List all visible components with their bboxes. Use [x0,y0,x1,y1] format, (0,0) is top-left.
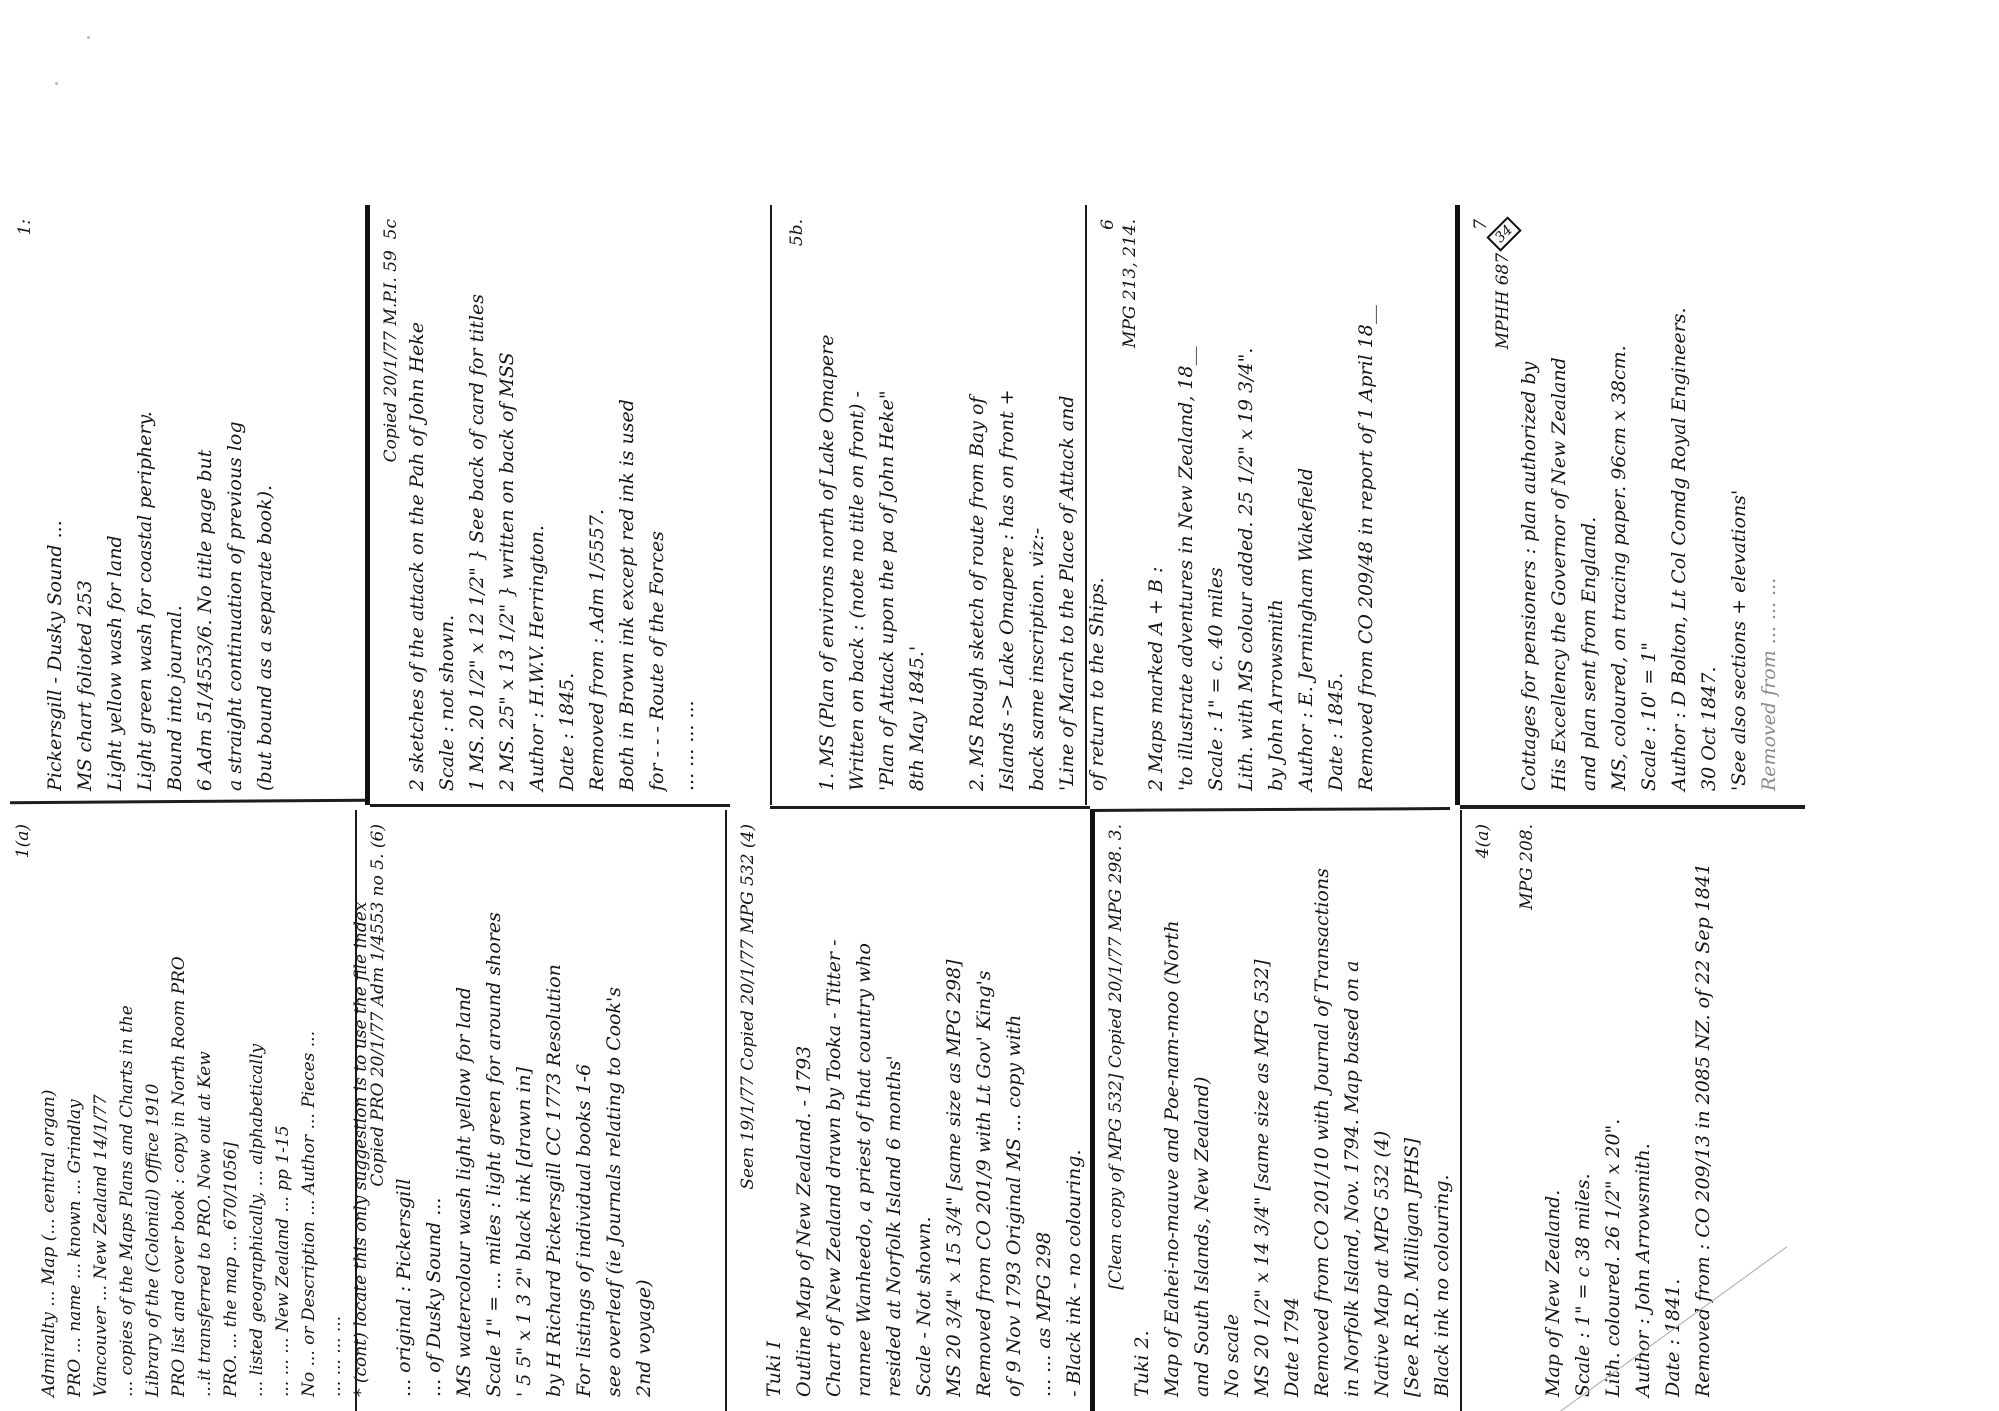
card-line: Scale : 1" = c 38 miles. [1568,824,1598,1397]
card-line: Scale : 1" = c. 40 miles [1201,219,1231,791]
card-line: Date : 1845. [1321,219,1351,791]
card-line: Date : 1841. [1658,824,1688,1397]
card-lines: Admiralty ... Map (... central organ)PRO… [36,824,374,1397]
card-line: Author : John Arrowsmith. [1628,824,1658,1397]
card-line: 8th May 1845.' [902,219,932,791]
card-line: ... ... ... ... [672,219,702,791]
card-text: Seen 19/1/77 Copied 20/1/77 MPG 532 (4) … [727,810,1092,1411]
card-line: [See R.R.D. Milligan JPHS] [1397,824,1427,1397]
card-line: Written on back : (note no title on fron… [842,219,872,791]
card-line: a straight continuation of previous log [220,219,250,791]
card-line: No scale [1217,824,1247,1397]
card-line: 2 sketches of the attack on the Pah of J… [402,219,432,791]
card-line: Author : D Bolton, Lt Col Comdg Royal En… [1664,219,1694,791]
card-lines: Cottages for pensioners : plan authorize… [1514,219,1784,791]
card-lines: 2 Maps marked A + B :'to illustrate adve… [1141,219,1381,791]
card-number: 1(a) [10,824,36,858]
card-line: Cottages for pensioners : plan authorize… [1514,219,1544,791]
card-line: back same inscription. viz:- [1022,219,1052,791]
card-line: for - - - Route of the Forces [642,219,672,791]
card-text: 1(a) Admiralty ... Map (... central orga… [0,810,355,1411]
card-line: Vancouver ... New Zealand 14/1/77 [88,824,114,1397]
card-line: Scale : not shown. [432,219,462,791]
card-lines: 1. MS (Plan of environs north of Lake Om… [812,219,1112,791]
card-line: 6 Adm 51/4553/6. No title page but [190,219,220,791]
card-line: ... ... ... ... [322,824,348,1397]
card-reference: MPG 208. [1517,824,1537,910]
card-line: and South Islands, New Zealand) [1187,824,1217,1397]
card-number: (6) [368,824,388,848]
card-line: resided at Norfolk Island 6 months' [879,824,909,1397]
card-line: 1. MS (Plan of environs north of Lake Om… [812,219,842,791]
card-line: PRO list and cover book : copy in North … [166,824,192,1397]
card-number: 5b. [782,219,812,246]
scan-speck [87,36,90,39]
card-top-5: 7MPHH 68734 Cottages for pensioners : pl… [1455,205,1800,805]
card-line: Date : 1845. [552,219,582,791]
card-line: Islands -> Lake Omapere : has on front + [992,219,1022,791]
card-line: Admiralty ... Map (... central organ) [36,824,62,1397]
card-number: 6 [1098,219,1118,230]
card-line: Map of New Zealand. [1538,824,1568,1397]
card-line: ' 5 5" x 1 3 2" black ink [drawn in] [509,824,539,1397]
card-text: Copied 20/1/77 M.P.I. 59 5c 2 sketches o… [370,205,775,805]
card-bottom-2: Copied PRO 20/1/77 Adm 1/4553 no 5. (6) … [355,810,725,1411]
card-line: 2. MS Rough sketch of route from Bay of [962,219,992,791]
card-lines: Map of New Zealand.Scale : 1" = c 38 mil… [1538,824,1718,1397]
card-line: rannee Wanheedo, a priest of that countr… [849,824,879,1397]
card-line: Library of the (Colonial) Office 1910 [140,824,166,1397]
card-text: 7MPHH 68734 Cottages for pensioners : pl… [1460,205,1805,805]
card-line: by John Arrowsmith [1261,219,1291,791]
card-line: 'See also sections + elevations' [1724,219,1754,791]
card-line: PRO ... name ... known ... Grindlay [62,824,88,1397]
card-bottom-1: 1(a) Admiralty ... Map (... central orga… [0,810,355,1411]
card-bottom-5: 4(a)MPG 208. Map of New Zealand.Scale : … [1460,810,1800,1411]
card-line: of 9 Nov 1793 Original MS ... copy with [999,824,1029,1397]
card-text: [Clean copy of MPG 532] Copied 20/1/77 M… [1095,810,1465,1411]
card-line: Native Map at MPG 532 (4) [1367,824,1397,1397]
card-line: ... of Dusky Sound ... [419,824,449,1397]
card-line: in Norfolk Island, Nov. 1794. Map based … [1337,824,1367,1397]
card-line: 'Line of March to the Place of Attack an… [1052,219,1082,791]
row-divider [1460,805,1805,809]
card-line: 'to illustrate adventures in New Zealand… [1171,219,1201,791]
card-reference: Copied PRO 20/1/77 Adm 1/4553 no 5. [368,854,388,1187]
card-reference: Copied 20/1/77 M.P.I. 59 [381,250,401,462]
card-reference: Seen 19/1/77 Copied 20/1/77 MPG 532 (4) [737,824,759,1190]
card-line: ... listed geographically, ... alphabeti… [244,824,270,1397]
card-line: 2 Maps marked A + B : [1141,219,1171,791]
card-line: 'Plan of Attack upon the pa of John Heke… [872,219,902,791]
card-reference: MPG 213, 214. [1120,219,1140,348]
card-number: 4(a) [1473,824,1493,858]
card-text: 4(a)MPG 208. Map of New Zealand.Scale : … [1462,810,1802,1411]
card-text: 1: Pickersgill - Dusky Sound ...MS chart… [0,205,365,805]
card-lines: 2 sketches of the attack on the Pah of J… [402,219,702,791]
card-line: Light green wash for coastal periphery. [130,219,160,791]
card-line: Author : H.W.V. Herrington. [522,219,552,791]
card-line: by H Richard Pickersgill CC 1773 Resolut… [539,824,569,1397]
card-line: Both in Brown ink except red ink is used [612,219,642,791]
card-bottom-4: [Clean copy of MPG 532] Copied 20/1/77 M… [1090,810,1460,1411]
card-line: MS watercolour wash light yellow for lan… [449,824,479,1397]
card-line: Scale 1" = ... miles : light green for a… [479,824,509,1397]
card-line: (but bound as a separate book). [250,219,280,791]
card-line: Removed from ... ... ... [1754,219,1784,791]
card-top-2: Copied 20/1/77 M.P.I. 59 5c 2 sketches o… [365,205,770,805]
card-line: Outline Map of New Zealand. - 1793 [789,824,819,1397]
card-number: 7 [1471,219,1491,230]
card-line: Tuki I [759,824,789,1397]
card-number: 1: [10,219,40,236]
card-line: Author : E. Jerningham Wakefield [1291,219,1321,791]
card-line: 1 MS. 20 1/2" x 12 1/2" } See back of ca… [462,219,492,791]
card-line: ...it transferred to PRO. Now out at Kew [192,824,218,1397]
card-line: 2 MS. 25" x 13 1/2" } written on back of… [492,219,522,791]
card-text: 5b. 1. MS (Plan of environs north of Lak… [772,205,1087,805]
card-lines: Tuki IOutline Map of New Zealand. - 1793… [759,824,1089,1397]
card-number: 5c [381,219,401,239]
card-line: ... original : Pickersgill [389,824,419,1397]
card-line: No ... or Description ... Author ... Pie… [296,824,322,1397]
card-line: Scale : 10' = 1" [1634,219,1664,791]
card-lines: ... original : Pickersgill... of Dusky S… [389,824,659,1397]
card-top-1: 1: Pickersgill - Dusky Sound ...MS chart… [0,205,365,805]
card-line: For listings of individual books 1-6 [569,824,599,1397]
card-line [932,219,962,791]
card-reference: [Clean copy of MPG 532] Copied 20/1/77 M… [1106,846,1126,1290]
card-line: Lith. coloured. 26 1/2" x 20". [1598,824,1628,1397]
card-line: - Black ink - no colouring. [1059,824,1089,1397]
card-text: 6MPG 213, 214. 2 Maps marked A + B :'to … [1087,205,1457,805]
card-number: 3. [1106,824,1126,840]
card-line: Removed from CO 201/9 with Lt Gov' King'… [969,824,999,1397]
card-line: Date 1794 [1277,824,1307,1397]
card-line: ... ... ... New Zealand ... pp 1-15 [270,824,296,1397]
card-line: Removed from CO 209/48 in report of 1 Ap… [1351,219,1381,791]
row-divider [770,806,1090,809]
card-reference: MPHH 687 [1493,253,1513,349]
scan-speck [55,82,58,85]
card-lines: Tuki 2.Map of Eahei-no-mauve and Poe-nam… [1127,824,1457,1397]
card-line: and plan sent from England. [1574,219,1604,791]
card-line: MS 20 3/4" x 15 3/4" [same size as MPG 2… [939,824,969,1397]
card-line: Bound into journal. [160,219,190,791]
card-top-4: 6MPG 213, 214. 2 Maps marked A + B :'to … [1085,205,1455,805]
card-line: Scale - Not shown. [909,824,939,1397]
card-line: 30 Oct 1847. [1694,219,1724,791]
card-line: Removed from : CO 209/13 in 2085 NZ. of … [1688,824,1718,1397]
card-lines: Pickersgill - Dusky Sound ...MS chart fo… [40,219,280,791]
card-line: Light yellow wash for land [100,219,130,791]
card-line: Chart of New Zealand drawn by Tooka - Ti… [819,824,849,1397]
card-line: Black ink no colouring. [1427,824,1457,1397]
row-divider [370,804,730,807]
card-line: see overleaf (ie Journals relating to Co… [599,824,629,1397]
card-line: ... ... as MPG 298 [1029,824,1059,1397]
card-line: Removed from : Adm 1/5557. [582,219,612,791]
card-top-3: 5b. 1. MS (Plan of environs north of Lak… [770,205,1085,805]
card-line: MS chart folioted 253 [70,219,100,791]
card-line: Tuki 2. [1127,824,1157,1397]
card-line: MS 20 1/2" x 14 3/4" [same size as MPG 5… [1247,824,1277,1397]
card-line: Map of Eahei-no-mauve and Poe-nam-moo (N… [1157,824,1187,1397]
card-line: MS, coloured, on tracing paper. 96cm x 3… [1604,219,1634,791]
card-line: Pickersgill - Dusky Sound ... [40,219,70,791]
card-line: His Excellency the Governor of New Zeala… [1544,219,1574,791]
card-line: ... copies of the Maps Plans and Charts … [114,824,140,1397]
card-line: PRO. ... the map ... 670/1056] [218,824,244,1397]
card-line: 2nd voyage) [629,824,659,1397]
card-line: Removed from CO 201/10 with Journal of T… [1307,824,1337,1397]
card-text: Copied PRO 20/1/77 Adm 1/4553 no 5. (6) … [357,810,727,1411]
card-line: Lith. with MS colour added. 25 1/2" x 19… [1231,219,1261,791]
card-bottom-3: Seen 19/1/77 Copied 20/1/77 MPG 532 (4) … [725,810,1090,1411]
